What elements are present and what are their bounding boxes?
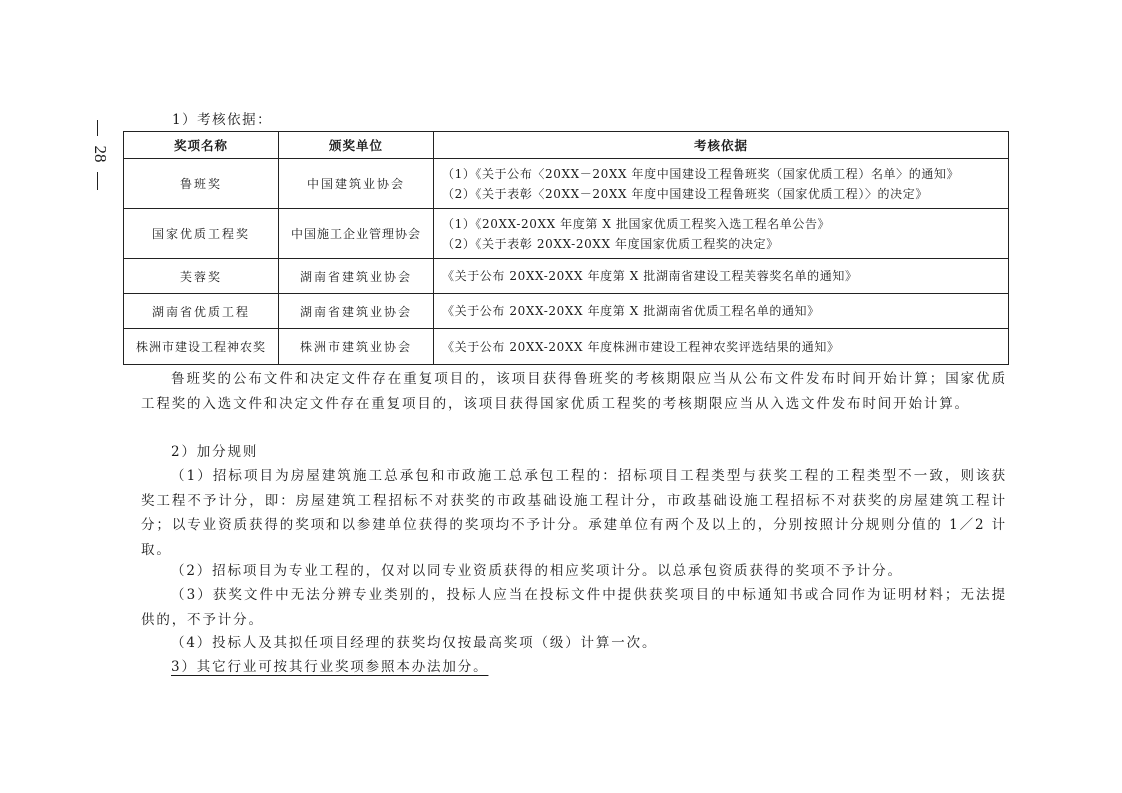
basis-cell: 《关于公布 20XX-20XX 年度第 X 批湖南省建设工程芙蓉奖名单的通知》 [434,259,1009,294]
page-number-marker: 28 [86,120,110,190]
rule-3: （3）获奖文件中无法分辨专业类别的，投标人应当在投标文件中提供获奖项目的中标通知… [141,583,1007,632]
page-number-bar-top [97,120,98,136]
basis-cell: （1）《关于公布〈20XX－20XX 年度中国建设工程鲁班奖（国家优质工程）名单… [434,159,1009,209]
basis-cell: （1）《20XX-20XX 年度第 X 批国家优质工程奖入选工程名单公告》 （2… [434,209,1009,259]
award-name: 株洲市建设工程神农奖 [124,329,279,365]
basis-line: 《关于公布 20XX-20XX 年度株洲市建设工程神农奖评选结果的通知》 [442,337,1008,357]
table-row: 芙蓉奖 湖南省建筑业协会 《关于公布 20XX-20XX 年度第 X 批湖南省建… [124,259,1009,294]
page-number-bar-bottom [97,172,98,190]
rule-4: （4）投标人及其拟任项目经理的获奖均仅按最高奖项（级）计算一次。 [141,631,1007,656]
table-row: 鲁班奖 中国建筑业协会 （1）《关于公布〈20XX－20XX 年度中国建设工程鲁… [124,159,1009,209]
basis-line: 《关于公布 20XX-20XX 年度第 X 批湖南省优质工程名单的通知》 [442,301,1008,321]
basis-line: （1）《关于公布〈20XX－20XX 年度中国建设工程鲁班奖（国家优质工程）名单… [442,164,1008,184]
table-row: 国家优质工程奖 中国施工企业管理协会 （1）《20XX-20XX 年度第 X 批… [124,209,1009,259]
basis-cell: 《关于公布 20XX-20XX 年度株洲市建设工程神农奖评选结果的通知》 [434,329,1009,365]
issuer: 中国建筑业协会 [279,159,434,209]
issuer: 湖南省建筑业协会 [279,259,434,294]
basis-line: （2）《关于表彰〈20XX－20XX 年度中国建设工程鲁班奖（国家优质工程）〉的… [442,184,1008,204]
award-name: 国家优质工程奖 [124,209,279,259]
header-basis: 考核依据 [434,132,1009,159]
page-number: 28 [84,142,112,166]
table-row: 株洲市建设工程神农奖 株洲市建筑业协会 《关于公布 20XX-20XX 年度株洲… [124,329,1009,365]
basis-line: （1）《20XX-20XX 年度第 X 批国家优质工程奖入选工程名单公告》 [442,214,1008,234]
basis-line: 《关于公布 20XX-20XX 年度第 X 批湖南省建设工程芙蓉奖名单的通知》 [442,266,1008,286]
section-2-heading: 2）加分规则 [141,440,1007,465]
note-paragraph: 鲁班奖的公布文件和决定文件存在重复项目的，该项目获得鲁班奖的考核期限应当从公布文… [141,367,1007,416]
section-3-text: 3）其它行业可按其行业奖项参照本办法加分。 [141,655,1007,680]
table-header-row: 奖项名称 颁奖单位 考核依据 [124,132,1009,159]
basis-line: （2）《关于表彰 20XX-20XX 年度国家优质工程奖的决定》 [442,234,1008,254]
rule-2: （2）招标项目为专业工程的，仅对以同专业资质获得的相应奖项计分。以总承包资质获得… [141,559,1007,584]
issuer: 湖南省建筑业协会 [279,294,434,329]
rule-1: （1）招标项目为房屋建筑施工总承包和市政施工总承包工程的：招标项目工程类型与获奖… [141,464,1007,562]
award-name: 芙蓉奖 [124,259,279,294]
table-row: 湖南省优质工程 湖南省建筑业协会 《关于公布 20XX-20XX 年度第 X 批… [124,294,1009,329]
section-1-heading: 1）考核依据： [172,111,272,129]
assessment-basis-table: 奖项名称 颁奖单位 考核依据 鲁班奖 中国建筑业协会 （1）《关于公布〈20XX… [123,131,1009,365]
issuer: 中国施工企业管理协会 [279,209,434,259]
award-name: 鲁班奖 [124,159,279,209]
section-3-underlined-text: 3）其它行业可按其行业奖项参照本办法加分。 [171,659,488,675]
header-issuer: 颁奖单位 [279,132,434,159]
basis-cell: 《关于公布 20XX-20XX 年度第 X 批湖南省优质工程名单的通知》 [434,294,1009,329]
issuer: 株洲市建筑业协会 [279,329,434,365]
header-award-name: 奖项名称 [124,132,279,159]
award-name: 湖南省优质工程 [124,294,279,329]
